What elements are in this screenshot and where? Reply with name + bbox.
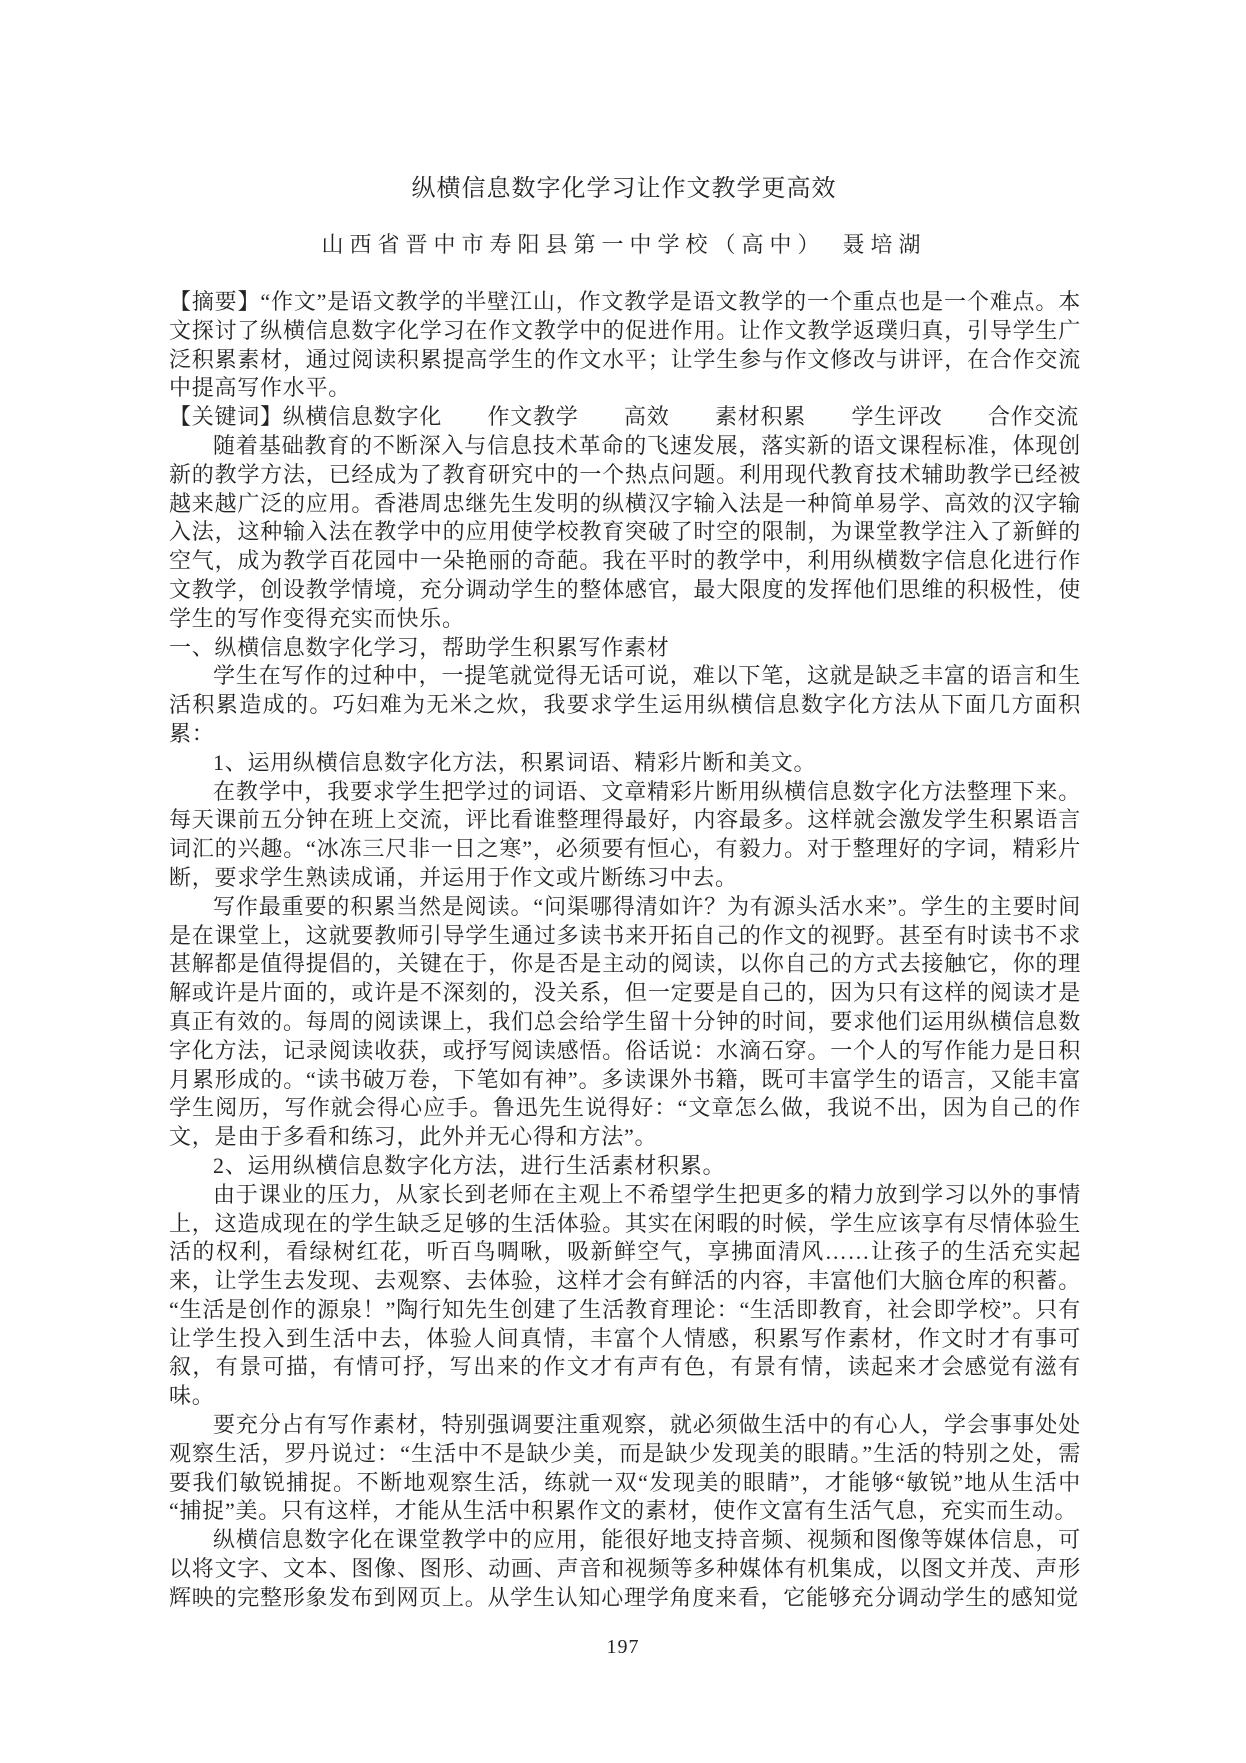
subpoint-1-heading: 1、运用纵横信息数字化方法，积累词语、精彩片断和美文。 [169, 749, 1081, 778]
keywords-paragraph: 【关键词】纵横信息数字化 作文教学 高效 素材积累 学生评改 合作交流 [169, 403, 1081, 432]
paragraph: 写作最重要的积累当然是阅读。“问渠哪得清如许？为有源头活水来”。学生的主要时间是… [169, 893, 1081, 1152]
paragraph: 纵横信息数字化在课堂教学中的应用，能很好地支持音频、视频和图像等媒体信息，可以将… [169, 1526, 1081, 1612]
document-page: 纵横信息数字化学习让作文教学更高效 山西省晋中市寿阳县第一中学校（高中） 聂培湖… [0, 0, 1246, 1763]
paragraph: 在教学中，我要求学生把学过的词语、文章精彩片断用纵横信息数字化方法整理下来。每天… [169, 778, 1081, 893]
abstract-label: 【摘要】 [169, 289, 260, 314]
section-heading-1: 一、纵横信息数字化学习，帮助学生积累写作素材 [169, 634, 1081, 663]
abstract-paragraph: 【摘要】“作文”是语文教学的半壁江山，作文教学是语文教学的一个重点也是一个难点。… [169, 288, 1081, 403]
affiliation-author-line: 山西省晋中市寿阳县第一中学校（高中） 聂培湖 [168, 228, 1080, 259]
keywords-text: 纵横信息数字化 作文教学 高效 素材积累 学生评改 合作交流 [283, 404, 1079, 429]
abstract-text: “作文”是语文教学的半壁江山，作文教学是语文教学的一个重点也是一个难点。本文探讨… [169, 289, 1081, 400]
paper-title: 纵横信息数字化学习让作文教学更高效 [168, 168, 1080, 203]
paragraph: 由于课业的压力，从家长到老师在主观上不希望学生把更多的精力放到学习以外的事情上，… [169, 1181, 1081, 1411]
paper-body: 【摘要】“作文”是语文教学的半壁江山，作文教学是语文教学的一个重点也是一个难点。… [169, 288, 1081, 1613]
subpoint-2-heading: 2、运用纵横信息数字化方法，进行生活素材积累。 [169, 1152, 1081, 1181]
paragraph: 学生在写作的过种中，一提笔就觉得无话可说，难以下笔，这就是缺乏丰富的语言和生活积… [169, 662, 1081, 748]
paragraph: 要充分占有写作素材，特别强调要注重观察，就必须做生活中的有心人，学会事事处处观察… [169, 1411, 1081, 1526]
page-number: 197 [0, 1636, 1246, 1659]
keywords-label: 【关键词】 [169, 404, 283, 429]
paragraph-intro: 随着基础教育的不断深入与信息技术革命的飞速发展，落实新的语文课程标准，体现创新的… [169, 432, 1081, 634]
